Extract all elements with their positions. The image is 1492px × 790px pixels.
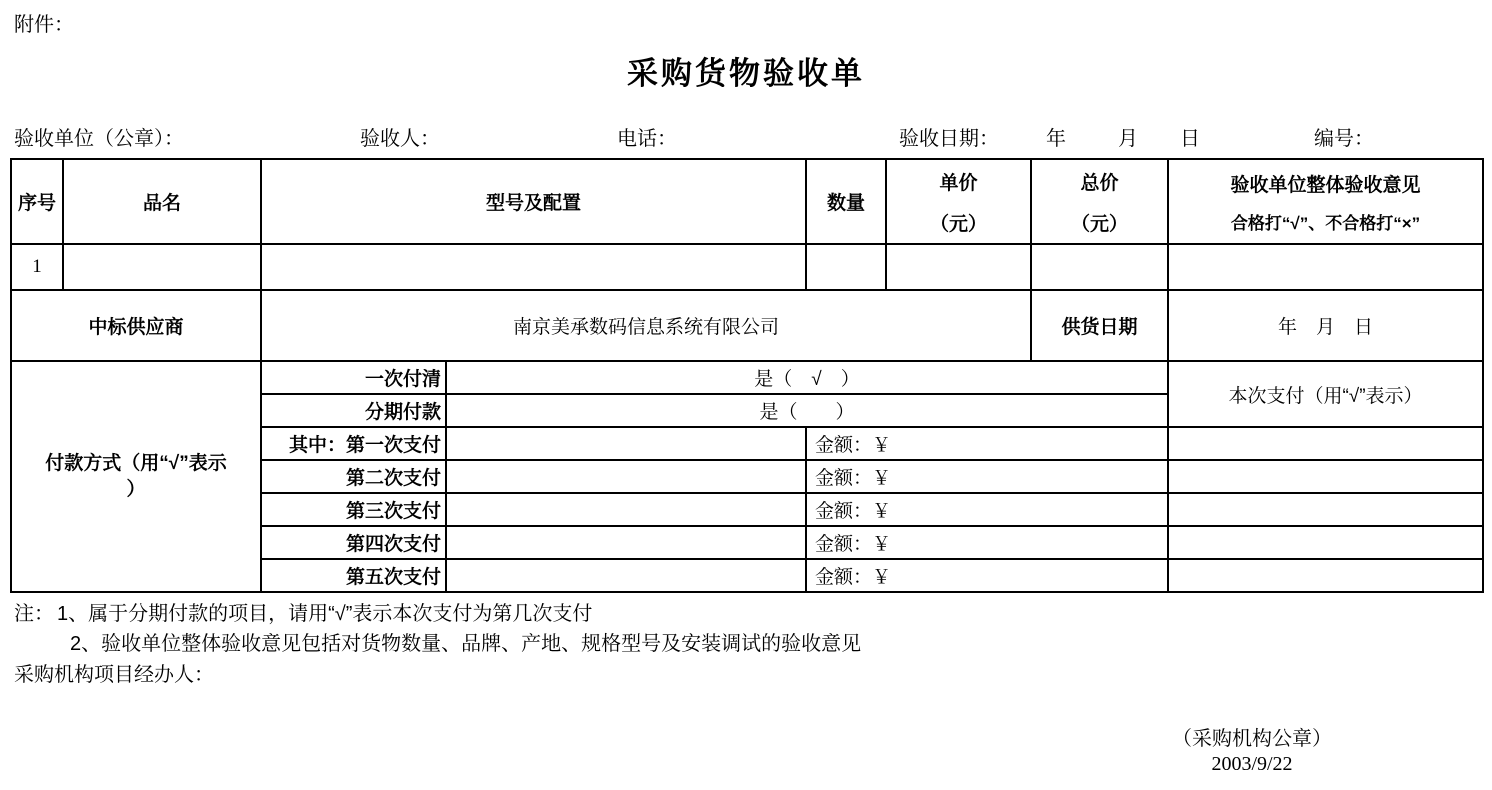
accepting-unit-label: 验收单位（公章）：	[14, 122, 184, 151]
procurement-seal-label: （采购机构公章）	[1102, 722, 1402, 751]
payment3-amount-cell: 金额：￥	[806, 493, 1168, 526]
page-title: 采购货物验收单	[0, 48, 1492, 93]
payment3-label-cell: 第三次支付	[261, 493, 446, 526]
payment5-blank-cell	[446, 559, 806, 592]
item-unit-price-cell	[886, 244, 1031, 290]
total-price-line2: （元）	[1032, 209, 1167, 236]
payment5-mark-cell	[1168, 559, 1483, 592]
opinion-line1: 验收单位整体验收意见	[1169, 170, 1482, 197]
delivery-date-value-cell: 年 月 日	[1168, 290, 1483, 361]
attachment-label: 附件：	[14, 8, 74, 37]
item-total-price-cell	[1031, 244, 1168, 290]
payment3-mark-cell	[1168, 493, 1483, 526]
col-header-model: 型号及配置	[261, 159, 806, 244]
payment4-amount-cell: 金额：￥	[806, 526, 1168, 559]
current-payment-label-cell: 本次支付（用“√”表示）	[1168, 361, 1483, 427]
phone-label: 电话：	[617, 122, 677, 151]
note-line1: 1、属于分期付款的项目，请用“√”表示本次支付为第几次支付	[57, 597, 592, 626]
payment1-blank-cell	[446, 427, 806, 460]
unit-price-line1: 单价	[887, 168, 1030, 195]
acceptance-form-page: 附件： 采购货物验收单 验收单位（公章）： 验收人： 电话： 验收日期： 年 月…	[0, 0, 1492, 790]
pay-once-value-cell: 是（ √ ）	[446, 361, 1168, 394]
payment2-amount-cell: 金额：￥	[806, 460, 1168, 493]
col-header-qty: 数量	[806, 159, 886, 244]
payment-method-label-cell: 付款方式（用“√”表示 ）	[11, 361, 261, 592]
opinion-line2: 合格打“√”、不合格打“×”	[1169, 209, 1482, 234]
col-header-name: 品名	[63, 159, 261, 244]
payment3-blank-cell	[446, 493, 806, 526]
col-header-opinion: 验收单位整体验收意见 合格打“√”、不合格打“×”	[1168, 159, 1483, 244]
payment-method-line1: 付款方式（用“√”表示	[12, 451, 260, 477]
supplier-value-cell: 南京美承数码信息系统有限公司	[261, 290, 1031, 361]
payment1-label-cell: 其中：第一次支付	[261, 427, 446, 460]
delivery-date-label-cell: 供货日期	[1031, 290, 1168, 361]
payment2-label-cell: 第二次支付	[261, 460, 446, 493]
item-opinion-cell	[1168, 244, 1483, 290]
item-model-cell	[261, 244, 806, 290]
payment5-label-cell: 第五次支付	[261, 559, 446, 592]
col-header-unit-price: 单价 （元）	[886, 159, 1031, 244]
item-seq-cell: 1	[11, 244, 63, 290]
payment1-amount-cell: 金额：￥	[806, 427, 1168, 460]
note-prefix: 注：	[14, 597, 54, 626]
payment2-blank-cell	[446, 460, 806, 493]
acceptance-date-label: 验收日期：	[899, 122, 999, 151]
col-header-seq: 序号	[11, 159, 63, 244]
item-name-cell	[63, 244, 261, 290]
total-price-line1: 总价	[1032, 168, 1167, 195]
unit-price-line2: （元）	[887, 209, 1030, 236]
form-number-label: 编号：	[1314, 122, 1374, 151]
day-label: 日	[1180, 122, 1200, 151]
supplier-label-cell: 中标供应商	[11, 290, 261, 361]
table-row: 1	[11, 244, 1483, 290]
payment5-amount-cell: 金额：￥	[806, 559, 1168, 592]
year-label: 年	[1046, 122, 1066, 151]
installment-label-cell: 分期付款	[261, 394, 446, 427]
pay-once-label-cell: 一次付清	[261, 361, 446, 394]
inspector-label: 验收人：	[360, 122, 440, 151]
payment1-mark-cell	[1168, 427, 1483, 460]
payment4-blank-cell	[446, 526, 806, 559]
month-label: 月	[1118, 122, 1138, 151]
table-row: 中标供应商 南京美承数码信息系统有限公司 供货日期 年 月 日	[11, 290, 1483, 361]
acceptance-table: 序号 品名 型号及配置 数量 单价 （元） 总价 （元） 验收单位整体验收意见 …	[10, 158, 1484, 593]
payment4-label-cell: 第四次支付	[261, 526, 446, 559]
table-row: 付款方式（用“√”表示 ） 一次付清 是（ √ ） 本次支付（用“√”表示）	[11, 361, 1483, 394]
payment-method-line2: ）	[12, 477, 260, 503]
item-qty-cell	[806, 244, 886, 290]
agent-label: 采购机构项目经办人：	[14, 658, 214, 687]
footer-date: 2003/9/22	[1102, 753, 1402, 776]
payment2-mark-cell	[1168, 460, 1483, 493]
payment4-mark-cell	[1168, 526, 1483, 559]
col-header-total-price: 总价 （元）	[1031, 159, 1168, 244]
installment-value-cell: 是（ ）	[446, 394, 1168, 427]
note-line2: 2、验收单位整体验收意见包括对货物数量、品牌、产地、规格型号及安装调试的验收意见	[70, 627, 861, 656]
